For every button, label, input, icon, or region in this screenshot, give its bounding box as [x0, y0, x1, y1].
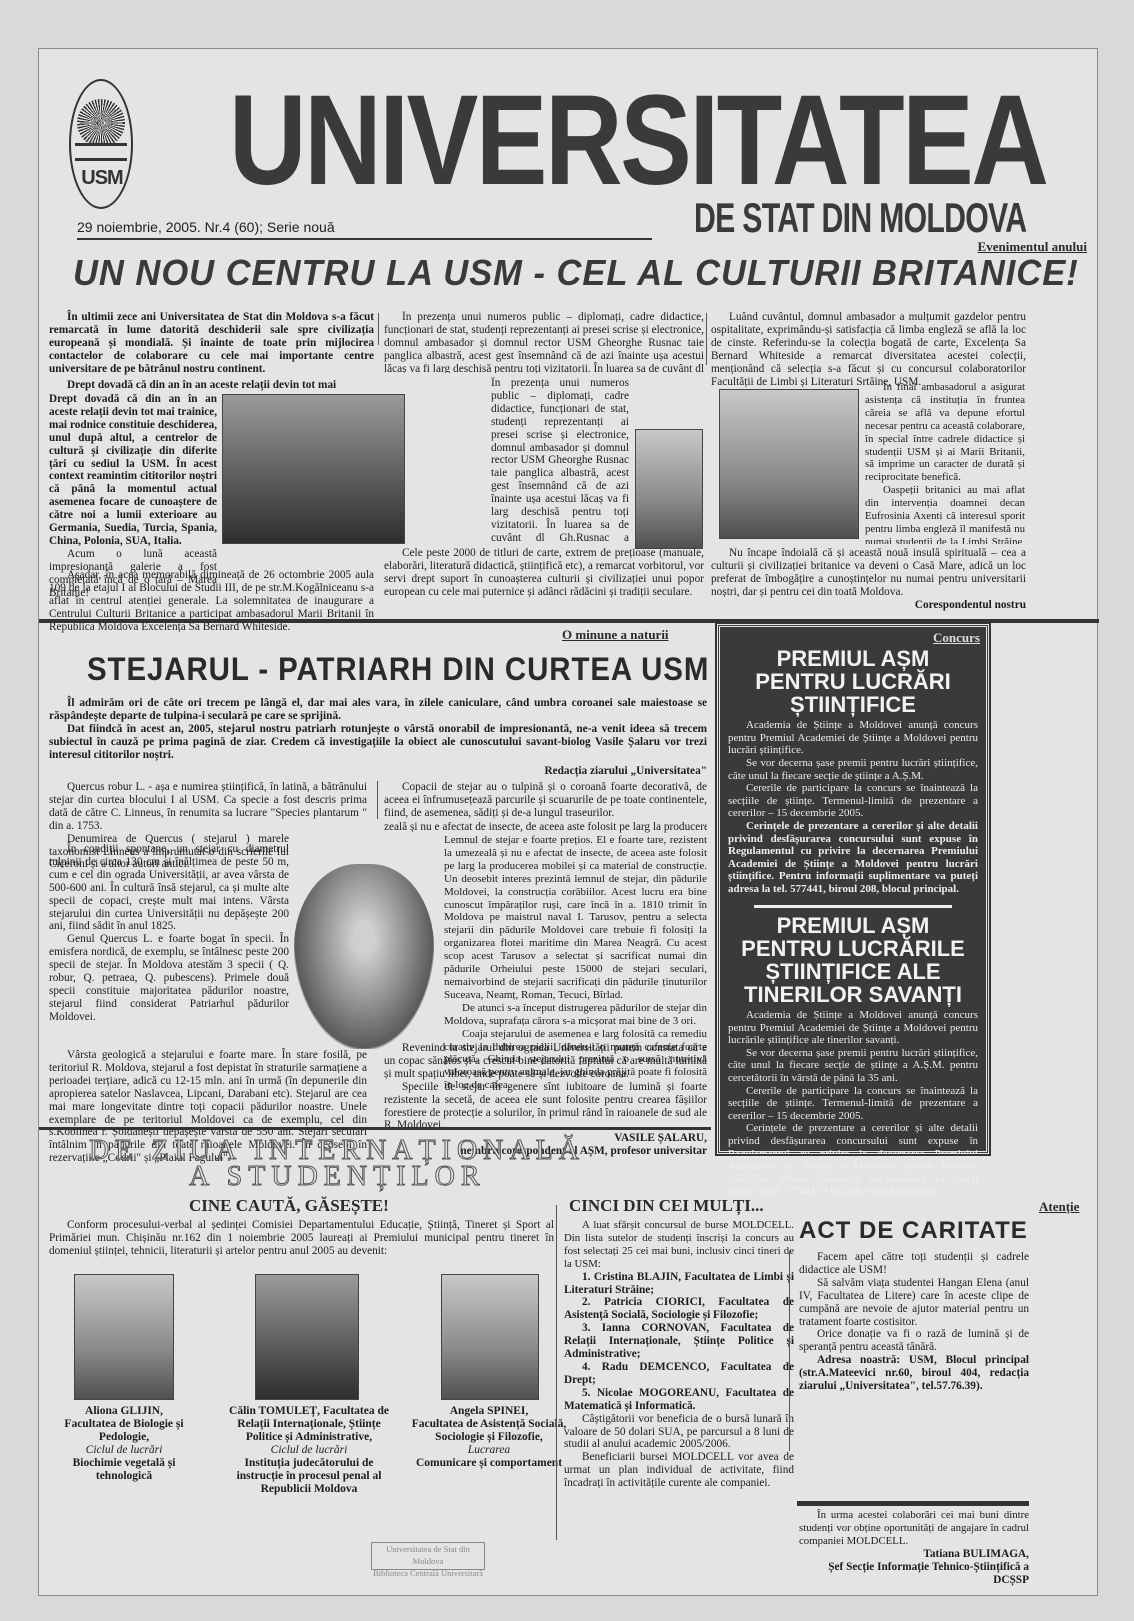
laureate-caption-1: Aliona GLIJIN, Facultatea de Biologie și…: [49, 1405, 199, 1483]
lead-column-1: În ultimii zece ani Universitatea de Sta…: [49, 311, 374, 376]
contest-title-1: PREMIUL AȘM PENTRU LUCRĂRI ȘTIINȚIFICE: [720, 647, 986, 716]
oak-tree-photo: [294, 864, 434, 1049]
contest-kicker: Concurs: [933, 630, 980, 645]
lead-column-3: Luând cuvântul, domnul ambasador a mulțu…: [711, 311, 1026, 388]
left-title: CINE CAUTĂ, GĂSEȘTE!: [189, 1196, 389, 1216]
laureate-photo-2: [255, 1274, 359, 1400]
ambassador-photo: [635, 429, 703, 549]
oak-kicker: O minune a naturii: [562, 627, 669, 643]
newspaper-page: USM UNIVERSITATEA DE STAT DIN MOLDOVA 29…: [38, 48, 1098, 1596]
contest-box: Concurs PREMIUL AȘM PENTRU LUCRĂRI ȘTIIN…: [717, 624, 989, 1154]
masthead-subtitle: DE STAT DIN MOLDOVA: [694, 197, 1026, 239]
contest-title-2: PREMIUL AȘM PENTRU LUCRĂRILE ȘTIINȚIFICE…: [720, 914, 986, 1006]
laureate-photo-3: [441, 1274, 539, 1400]
laureate-photo-1: [74, 1274, 174, 1400]
charity-kicker: Atenție: [1039, 1199, 1079, 1215]
open-book-icon: [75, 143, 127, 161]
lead-headline: UN NOU CENTRU LA USM - CEL AL CULTURII B…: [73, 255, 1033, 291]
right-title: CINCI DIN CEI MULȚI...: [569, 1196, 764, 1216]
winners-list: 1. Cristina BLAJIN, Facultatea de Limbi …: [564, 1271, 794, 1413]
students-banner-line2: A STUDENȚILOR: [189, 1163, 486, 1191]
oak-headline: STEJARUL - PATRIARH DIN CURTEA USM: [87, 653, 709, 685]
issue-dateline: 29 noiembrie, 2005. Nr.4 (60); Serie nou…: [77, 219, 652, 240]
faculty-meeting-photo: [719, 389, 859, 539]
rising-sun-icon: [77, 99, 125, 147]
lead-signature: Corespondentul nostru: [711, 599, 1026, 612]
library-stamp: Universitatea de Stat din Moldova Biblio…: [371, 1542, 485, 1570]
laureate-caption-3: Angela SPINEI, Facultatea de Asistență S…: [409, 1405, 569, 1470]
oak-intro: Îl admirăm ori de câte ori trecem pe lân…: [49, 697, 707, 777]
charity-title: ACT DE CARITATE: [799, 1219, 1028, 1243]
moldcell-note: În urma acestei colaborări cei mai buni …: [799, 1509, 1029, 1586]
charity-text: Facem apel către toți studenții și cadre…: [799, 1251, 1029, 1393]
laureate-caption-2: Călin TOMULEȚ, Facultatea de Relații Int…: [224, 1405, 394, 1496]
moldcell-scholarship: A luat sfârșit concursul de burse MOLDCE…: [564, 1219, 794, 1490]
usm-logo: USM: [69, 79, 133, 209]
ribbon-cutting-photo: [222, 394, 405, 544]
oak-column-2: Copacii de stejar au o tulpină și o coro…: [384, 781, 707, 820]
masthead-title: UNIVERSITATEA: [229, 77, 1046, 205]
lead-column-2: În prezența unui numeros public – diplom…: [384, 311, 704, 373]
